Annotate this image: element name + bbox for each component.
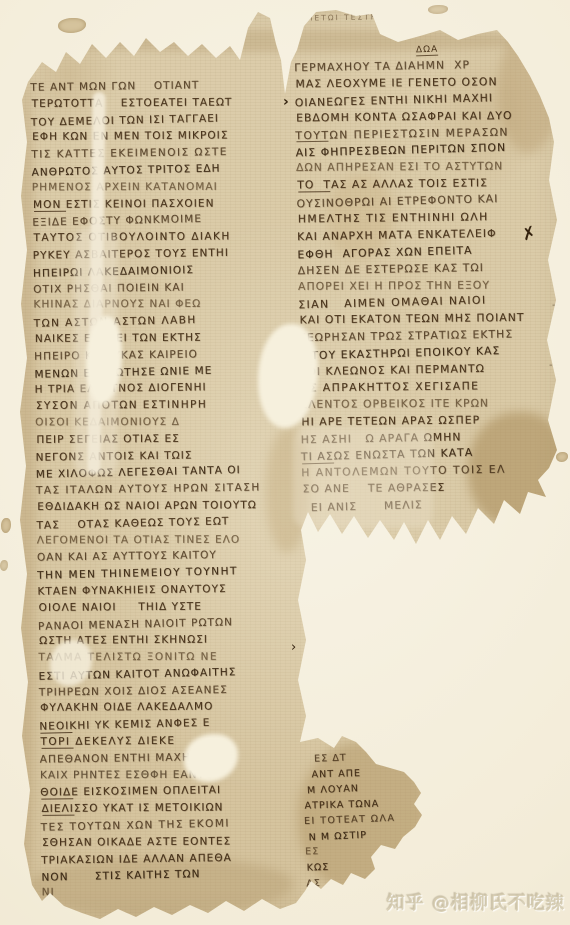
margin-slash-mark: ∕ bbox=[4, 140, 11, 156]
manuscript-text-line: ΣΥΣΟΝ ΑΠΟΤΩΝ ΕΣΤΙΝΗΡΗ bbox=[36, 396, 278, 415]
papyrus-sheet: ΜΕΤΩΙ ΤΕΣΤΗΙ ΔΩΑ ΤΕ ΑΝΤ ΜΩΝ ΓΩΝ ΟΤΙΑΝΤΤΕ… bbox=[0, 0, 570, 925]
manuscript-text-line: ΚΩΣ bbox=[306, 857, 422, 876]
papyrus-speck bbox=[0, 560, 8, 571]
margin-chevron-mark: › bbox=[283, 94, 289, 110]
papyrus-speck bbox=[58, 18, 86, 33]
margin-chevron-mark: › bbox=[291, 640, 296, 655]
margin-tick-mark: ‐ bbox=[551, 418, 555, 429]
superscript-gloss: ΔΩΑ bbox=[416, 45, 439, 57]
manuscript-text-line: ΑΣ ΑΠΡΑΚΗΤΤΟΣ ΧΕΓΙΣΑΠΕ bbox=[301, 377, 559, 397]
manuscript-text-line: ΕΣ bbox=[305, 842, 421, 860]
manuscript-text-line: ΟΙΣΟΙ ΚΕΔΑΙΜΟΝΙΟΥΣ Δ bbox=[35, 414, 277, 432]
top-edge-text-line: ΜΕΤΩΙ ΤΕΣΤΗΙ bbox=[306, 12, 383, 22]
papyrus-speck bbox=[428, 5, 448, 14]
manuscript-text-line: ΕΣ ΔΤ bbox=[302, 748, 418, 768]
papyrus-speck bbox=[556, 452, 568, 462]
zhihu-watermark: 知乎 @相柳氏不吃辣 bbox=[387, 889, 565, 915]
left-text-column: ΤΕ ΑΝΤ ΜΩΝ ΓΩΝ ΟΤΙΑΝΤΤΕΡΩΤΟΤΤΑ ΕΣΤΟΕΑΤΕΙ… bbox=[30, 76, 283, 902]
margin-dash-mark: — bbox=[1, 429, 16, 446]
photograph-canvas: ΜΕΤΩΙ ΤΕΣΤΗΙ ΔΩΑ ΤΕ ΑΝΤ ΜΩΝ ΓΩΝ ΟΤΙΑΝΤΤΕ… bbox=[0, 0, 570, 925]
manuscript-text-line: ΕΛΕΝΤΟΣ ΟΡΒΕΙΚΟΣ ΙΤΕ ΚΡΩΝ bbox=[300, 395, 558, 414]
bottom-fragment-text-column: ΕΣ ΔΤ ΑΝΤ ΑΠΕ Μ ΛΟΥΑΝΑΤΡΙΚΑ ΤΩΝΑΕΙ ΤΟΤΕΑ… bbox=[302, 748, 423, 891]
margin-tick-mark: ‐ bbox=[552, 300, 556, 311]
abrasion-patch bbox=[293, 428, 433, 528]
margin-tick-mark: ‐ bbox=[550, 246, 554, 257]
manuscript-text-line: ΛΕΓΟΜΕΝΟΙ ΤΑ ΟΤΙΑΣ ΤΙΝΕΣ ΕΛΟ bbox=[37, 531, 279, 549]
margin-tick-mark: ‐ bbox=[549, 360, 553, 371]
manuscript-text-line: ΑΠΕΘΑΝΟΝ ΕΝΤΗΙ ΜΑΧΗΙ bbox=[40, 748, 282, 768]
papyrus-edge-shade bbox=[20, 30, 560, 52]
manuscript-text-line: ΡΗΜΕΝΟΣ ΑΡΧΕΙΝ ΚΑΤΑΝΟΜΑΙ bbox=[32, 178, 274, 196]
papyrus-speck bbox=[1, 518, 11, 533]
manuscript-text-line: ΝΙ bbox=[42, 884, 284, 902]
manuscript-text-line: ΚΑΙΧ ΡΗΝΤΕΣ ΕΣΘΦΗ ΕΑΝΤΟ bbox=[40, 766, 282, 784]
